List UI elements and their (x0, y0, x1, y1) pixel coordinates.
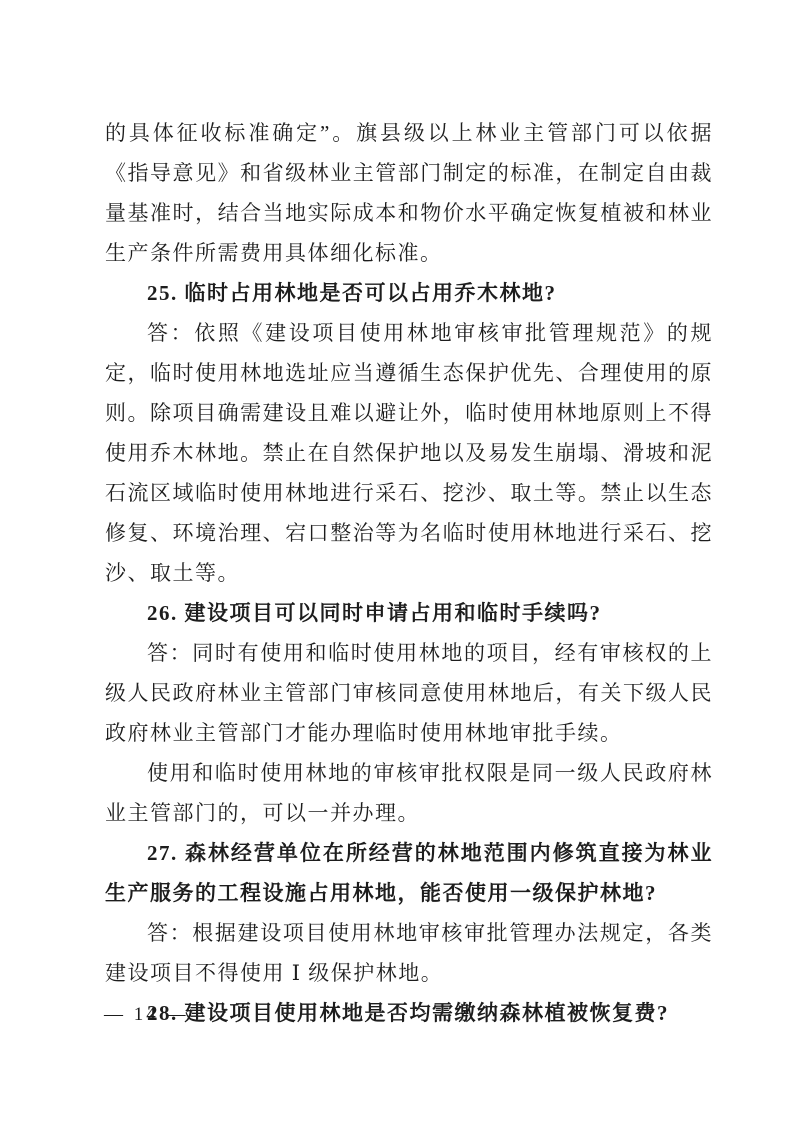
document-body: 的具体征收标准确定”。旗县级以上林业主管部门可以依据《指导意见》和省级林业主管部… (105, 113, 713, 1033)
answer-25: 答：依照《建设项目使用林地审核审批管理规范》的规定，临时使用林地选址应当遵循生态… (105, 313, 713, 593)
answer-26-paragraph-1: 答：同时有使用和临时使用林地的项目，经有审核权的上级人民政府林业主管部门审核同意… (105, 633, 713, 753)
document-page: 的具体征收标准确定”。旗县级以上林业主管部门可以依据《指导意见》和省级林业主管部… (0, 0, 800, 1131)
question-28: 28. 建设项目使用林地是否均需缴纳森林植被恢复费? (105, 993, 713, 1033)
question-26: 26. 建设项目可以同时申请占用和临时手续吗? (105, 593, 713, 633)
question-25: 25. 临时占用林地是否可以占用乔木林地? (105, 273, 713, 313)
answer-27: 答：根据建设项目使用林地审核审批管理办法规定，各类建设项目不得使用 Ⅰ 级保护林… (105, 913, 713, 993)
answer-26-paragraph-2: 使用和临时使用林地的审核审批权限是同一级人民政府林业主管部门的，可以一并办理。 (105, 753, 713, 833)
paragraph-fee-standard-continuation: 的具体征收标准确定”。旗县级以上林业主管部门可以依据《指导意见》和省级林业主管部… (105, 113, 713, 273)
question-27: 27. 森林经营单位在所经营的林地范围内修筑直接为林业生产服务的工程设施占用林地… (105, 833, 713, 913)
page-number: — 14 — (104, 1002, 189, 1028)
